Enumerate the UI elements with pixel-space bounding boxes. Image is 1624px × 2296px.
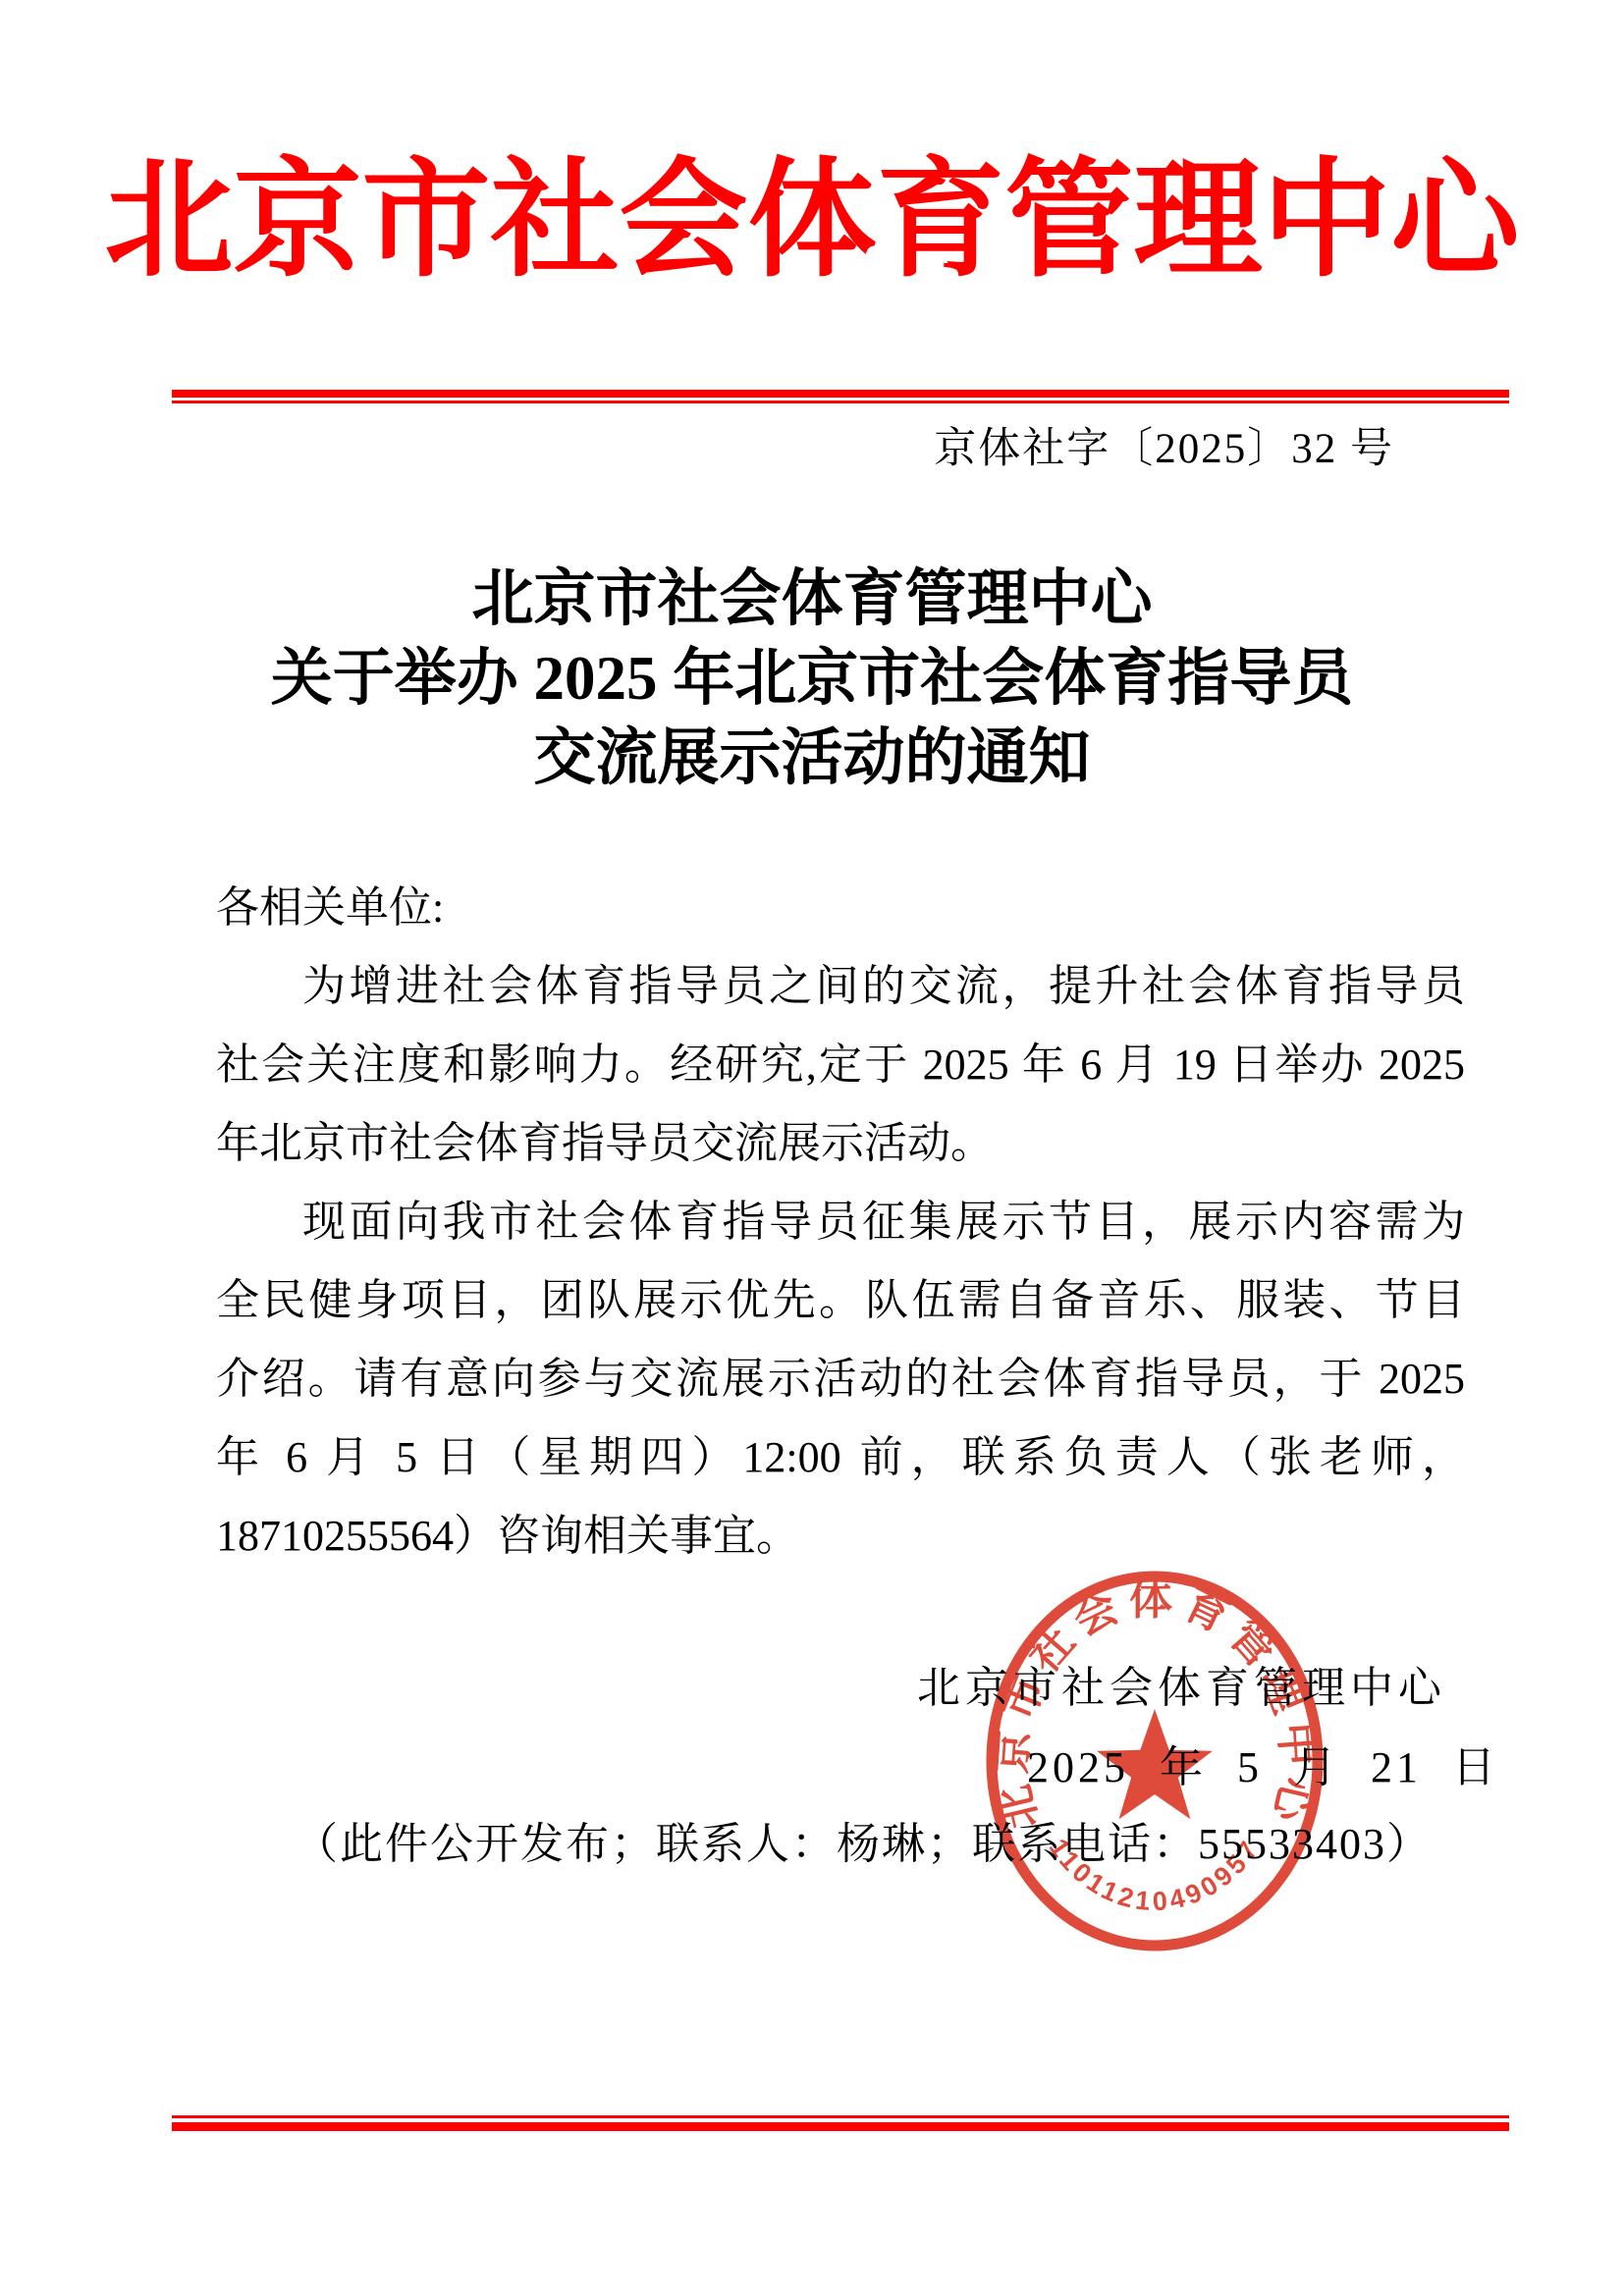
notice-title-line-2: 关于举办 2025 年北京市社会体育指导员 [0,639,1624,719]
seal-code: 11011210490957 [1044,1834,1267,1917]
notice-title-line-1: 北京市社会体育管理中心 [0,560,1624,639]
official-seal-graphic: 北京市社会体育管理中心 11011210490957 [984,1569,1326,1953]
body-line: 年 6 月 5 日（星期四）12:00 前，联系负责人（张老师， [216,1418,1465,1497]
body-line: 年北京市社会体育指导员交流展示活动。 [216,1104,1465,1183]
notice-title: 北京市社会体育管理中心 关于举办 2025 年北京市社会体育指导员 交流展示活动… [0,560,1624,798]
body-line: 为增进社会体育指导员之间的交流，提升社会体育指导员 [216,947,1465,1026]
body-line: 社会关注度和影响力。经研究,定于 2025 年 6 月 19 日举办 2025 [216,1026,1465,1104]
body-line: 18710255564）咨询相关事宜。 [216,1497,1465,1575]
body-line: 介绍。请有意向参与交流展示活动的社会体育指导员，于 2025 [216,1340,1465,1418]
salutation: 各相关单位: [216,869,1465,947]
notice-body: 各相关单位: 为增进社会体育指导员之间的交流，提升社会体育指导员 社会关注度和影… [216,869,1465,1575]
header-separator-thin [172,400,1509,403]
letterhead-org-title: 北京市社会体育管理中心 [0,126,1624,317]
footer-separator-thick [172,2122,1509,2131]
body-line: 现面向我市社会体育指导员征集展示节目，展示内容需为 [216,1183,1465,1261]
footer-separator-thin [172,2115,1509,2118]
official-notice-page: 北京市社会体育管理中心 京体社字〔2025〕32 号 北京市社会体育管理中心 关… [0,0,1624,2296]
header-separator-thick [172,390,1509,398]
document-number: 京体社字〔2025〕32 号 [934,424,1394,475]
notice-title-line-3: 交流展示活动的通知 [0,719,1624,798]
body-line: 全民健身项目，团队展示优先。队伍需自备音乐、服装、节目 [216,1261,1465,1340]
seal-arc-text: 北京市社会体育管理中心 [988,1575,1323,1834]
official-seal: 北京市社会体育管理中心 11011210490957 [984,1569,1326,1953]
seal-star-icon [1097,1709,1213,1819]
